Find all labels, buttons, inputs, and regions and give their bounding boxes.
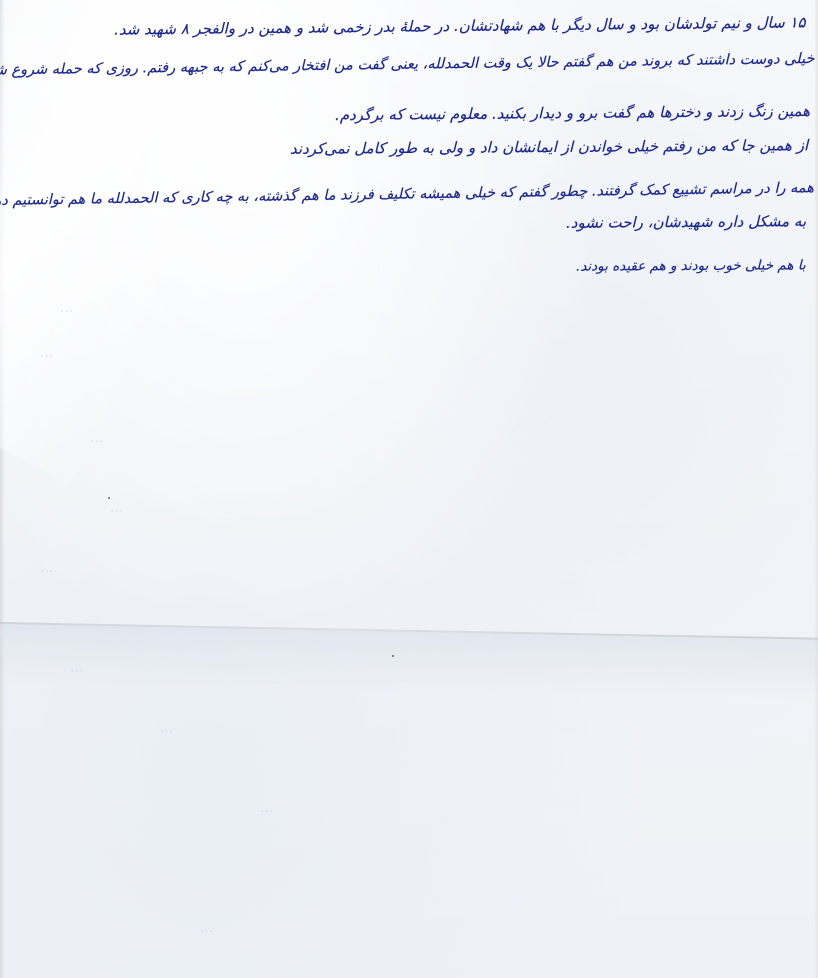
letter-line-1: ۱۵ سال و نیم تولدشان بود و سال دیگر با ه… bbox=[114, 12, 806, 39]
scan-edge-left bbox=[0, 0, 5, 978]
show-through-text: ... bbox=[160, 720, 174, 736]
show-through-text: ... bbox=[40, 345, 54, 361]
show-through-text: ... bbox=[200, 920, 214, 936]
scanned-letter-page: ... ... ... ... ... ... ... ... ... ۱۵ س… bbox=[0, 0, 818, 978]
letter-line-5: همه را در مراسم تشییع کمک گرفتند. چطور گ… bbox=[0, 178, 814, 212]
letter-line-6: به مشکل داره شهیدشان، راحت نشود. bbox=[566, 211, 806, 233]
letter-line-4: از همین جا که من رفتم خیلی خواندن از ایم… bbox=[290, 135, 808, 159]
letter-line-7: با هم خیلی خوب بودند و هم عقیده بودند. bbox=[576, 255, 806, 276]
letter-line-2: خیلی دوست داشتند که بروند من هم گفتم حال… bbox=[0, 49, 814, 81]
letter-line-3: همین زنگ زدند و دخترها هم گفت برو و دیدا… bbox=[335, 101, 810, 125]
show-through-text: ... bbox=[110, 500, 124, 516]
paper-speck bbox=[108, 497, 110, 499]
show-through-text: ... bbox=[90, 430, 104, 446]
show-through-text: ... bbox=[40, 560, 54, 576]
scan-edge-right bbox=[814, 0, 818, 978]
paper-speck bbox=[392, 655, 394, 657]
show-through-text: ... bbox=[60, 300, 74, 316]
show-through-text: ... bbox=[260, 800, 274, 816]
